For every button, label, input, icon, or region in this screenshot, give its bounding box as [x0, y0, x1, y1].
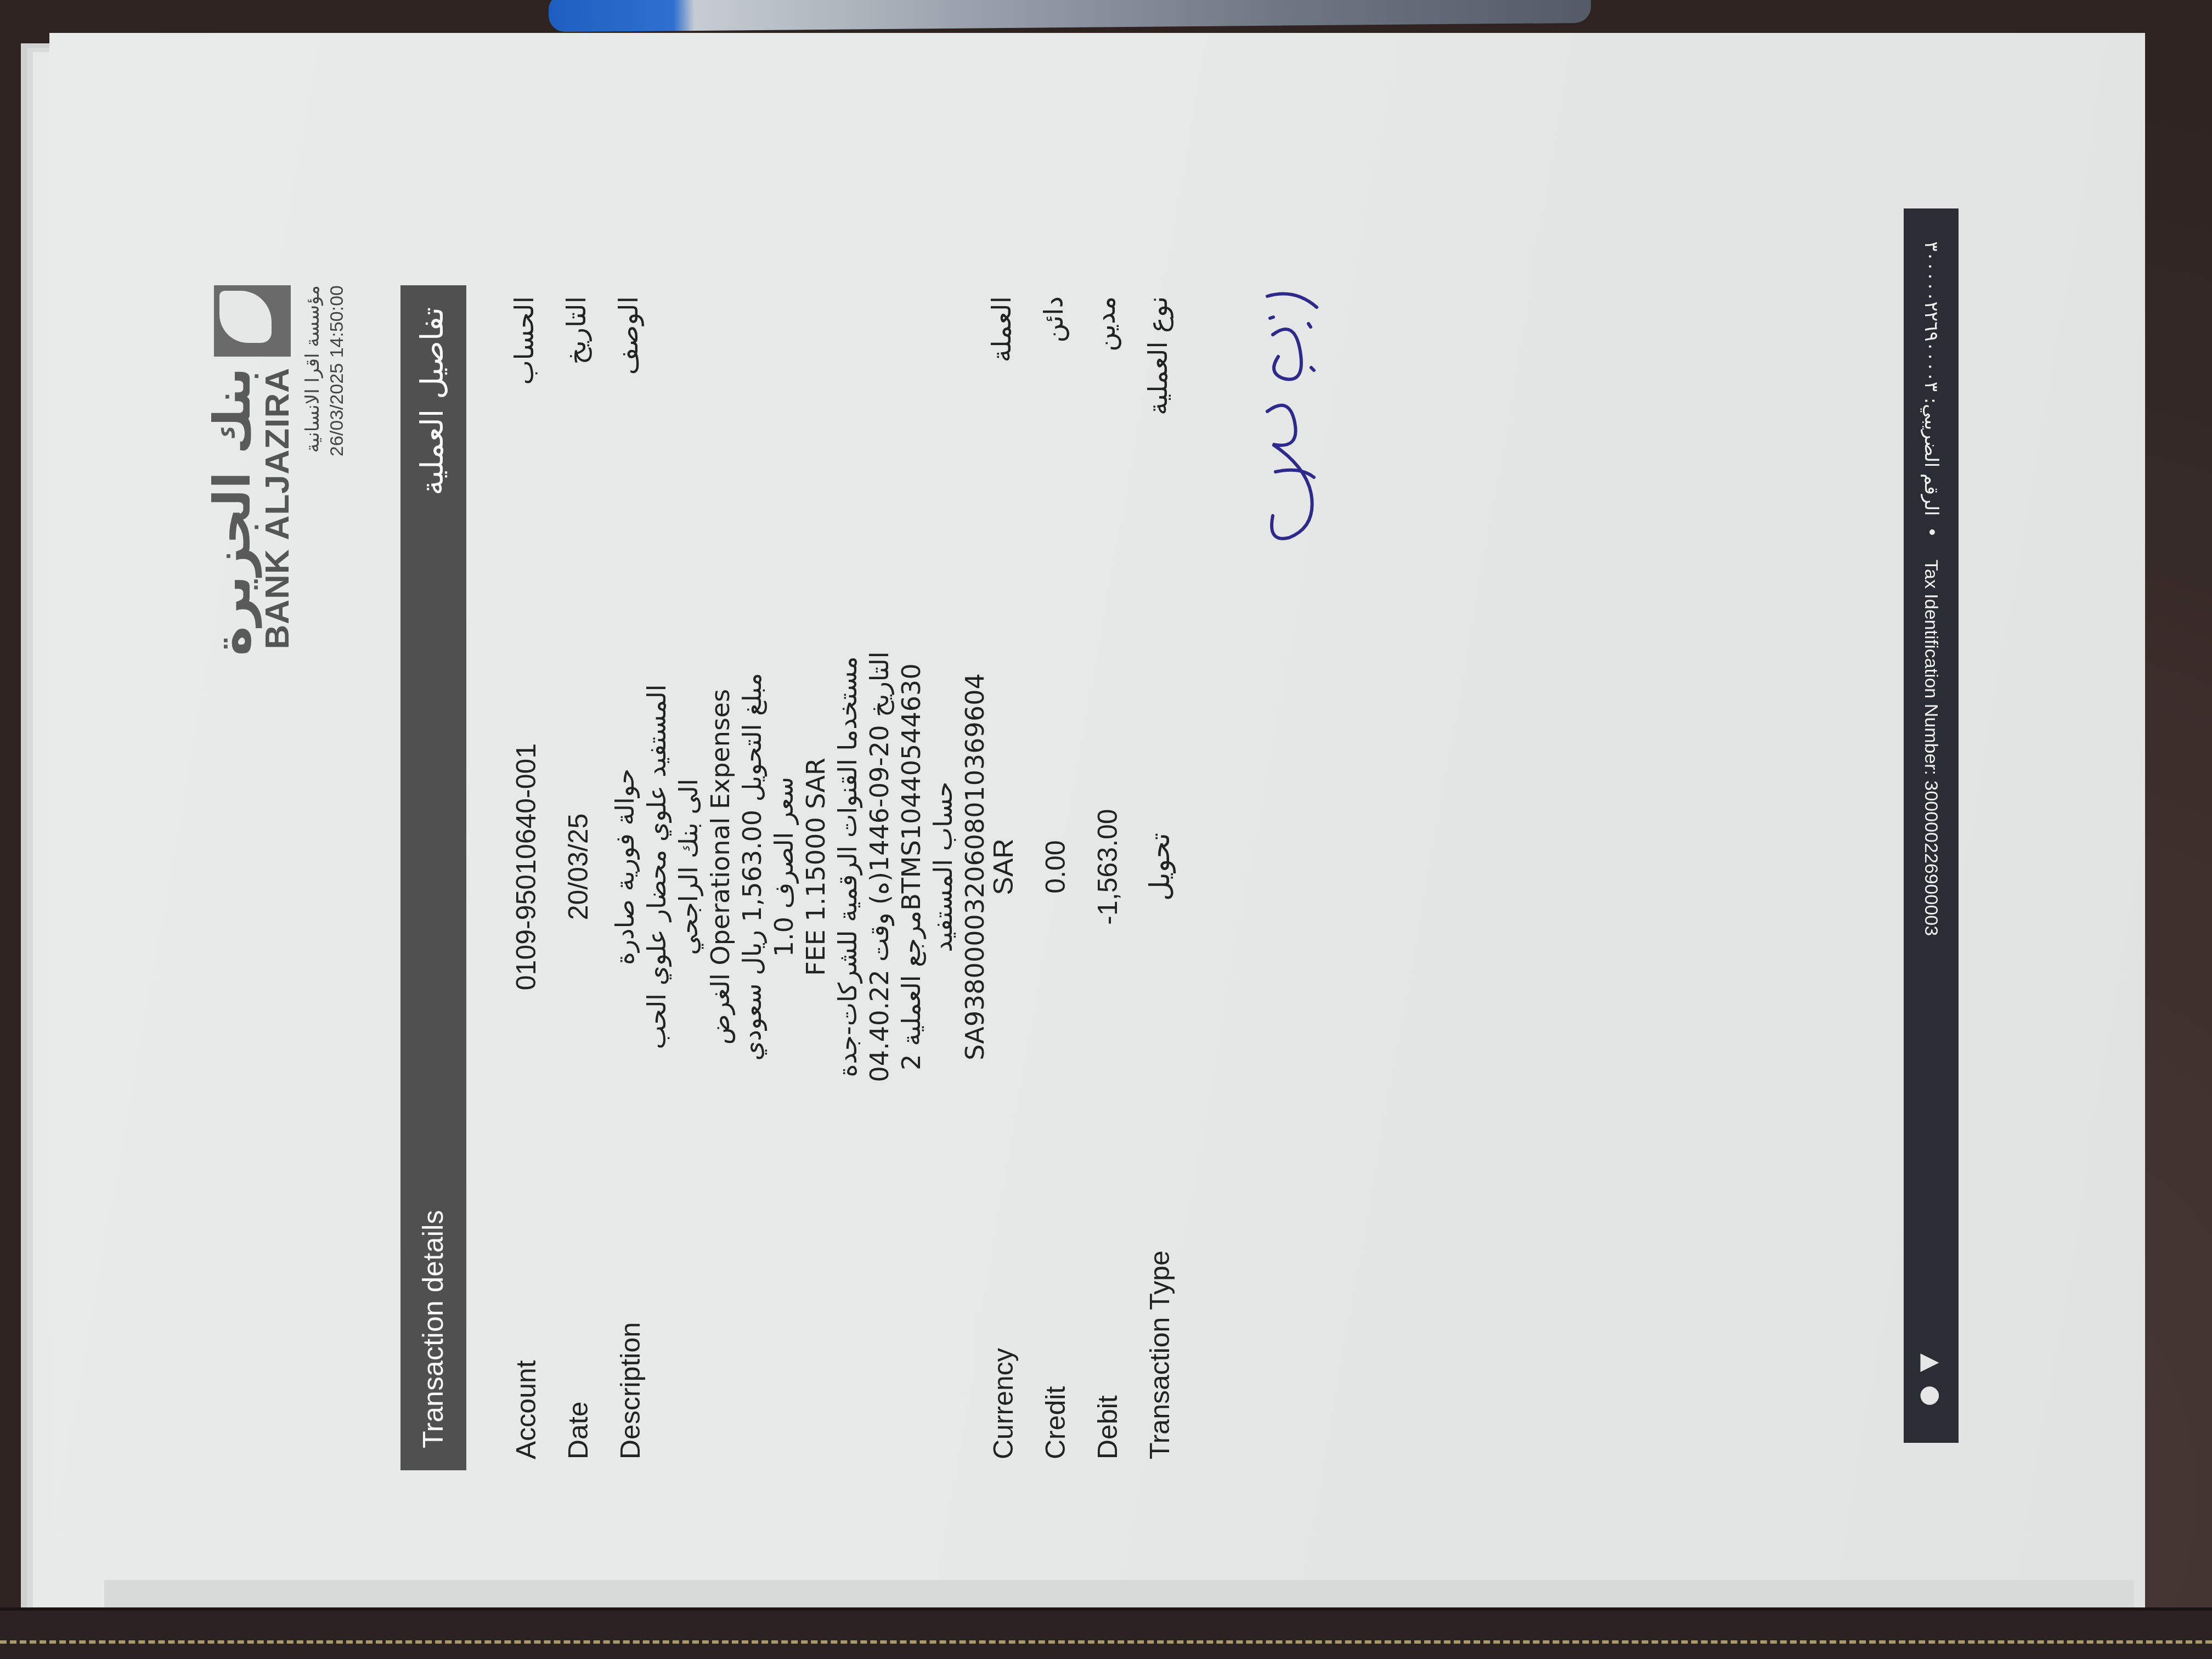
description-line: مستخدما القنوات الرقمية للشركات-جدة	[832, 592, 864, 1141]
footer-content: الرقم الضريبي: ٣٠٠٠٠٠٢٢٦٩٠٠٠٠٣ • Tax Ide…	[1904, 208, 1959, 1443]
description-value: حوالة فورية صادرة المستفيد علوي محضار عل…	[609, 592, 991, 1141]
date-label-en: Date	[562, 1401, 594, 1459]
tax-number-en: Tax Identification Number: 3000002269000…	[1904, 560, 1959, 936]
bank-logo-icon	[214, 285, 291, 357]
tax-number-ar: الرقم الضريبي: ٣٠٠٠٠٠٢٢٦٩٠٠٠٠٣	[1904, 241, 1959, 516]
description-line: المستفيد علوي محضار علوي الحب	[641, 592, 673, 1141]
debit-label-en: Debit	[1092, 1395, 1124, 1459]
printed-timestamp: 26/03/2025 14:50:00	[326, 285, 348, 456]
apple-icon[interactable]: ●	[1918, 1383, 1944, 1409]
account-label-ar: الحساب	[509, 296, 540, 385]
description-line: FEE 1.15000 SAR	[800, 592, 832, 1141]
credit-value: 0.00	[1040, 647, 1071, 1086]
currency-value: SAR	[988, 647, 1019, 1086]
description-line: مرجع العملية 2BTMS10440544630	[895, 592, 927, 1141]
description-line: التاريخ 20-09-1446(ه) وقت 04.40.22	[864, 592, 895, 1141]
bank-name-en: BANK ALJAZIRA	[258, 368, 297, 650]
description-line: مبلغ التحويل 1,563.00 ريال سعودي	[736, 592, 768, 1141]
footer-bar: الرقم الضريبي: ٣٠٠٠٠٠٢٢٦٩٠٠٠٠٣ • Tax Ide…	[1904, 208, 1959, 1443]
description-label-en: Description	[614, 1322, 646, 1459]
account-value: 0109-95010640-001	[510, 647, 542, 1086]
transaction-document: بنك الجزيرة BANK ALJAZIRA مؤسسة اقرا الا…	[351, 252, 1942, 1470]
currency-label-en: Currency	[988, 1348, 1019, 1459]
google-play-icon[interactable]: ▲	[1918, 1350, 1944, 1376]
folder-edge	[0, 1607, 2212, 1659]
stitching	[0, 1640, 2212, 1644]
organization-name: مؤسسة اقرا الانسانية	[302, 285, 324, 453]
description-line: الغرض Operational Expenses	[704, 592, 736, 1141]
date-value: 20/03/25	[562, 647, 594, 1086]
separator: •	[1904, 527, 1959, 538]
debit-value: -1,563.00	[1092, 647, 1124, 1086]
section-header: Transaction details تفاصيل العملية	[400, 285, 466, 1470]
description-line: الى بنك الراجحي	[673, 592, 704, 1141]
bank-brand: بنك الجزيرة BANK ALJAZIRA مؤسسة اقرا الا…	[214, 285, 357, 669]
description-label-ar: الوصف	[613, 296, 644, 375]
date-label-ar: التاريخ	[561, 296, 592, 365]
transaction-type-label-en: Transaction Type	[1144, 1250, 1176, 1459]
section-title-ar: تفاصيل العملية	[415, 307, 450, 495]
section-title-en: Transaction details	[417, 1210, 450, 1448]
description-line: سعر الصرف 1.0	[768, 592, 800, 1141]
currency-label-ar: العملة	[986, 296, 1017, 363]
account-label-en: Account	[510, 1360, 542, 1459]
description-line: SA9380000320608010369604	[959, 592, 991, 1141]
description-line: حوالة فورية صادرة	[609, 592, 641, 1141]
credit-label-ar: دائن	[1039, 296, 1069, 343]
debit-label-ar: مدين	[1091, 296, 1121, 352]
transaction-type-label-ar: نوع العملية	[1143, 296, 1173, 415]
credit-label-en: Credit	[1040, 1386, 1071, 1459]
handwritten-signature	[1262, 285, 1328, 560]
transaction-type-value: تحويل	[1144, 647, 1176, 1086]
bank-name-ar: بنك الجزيرة	[203, 368, 262, 656]
description-line: حساب المستفيد	[927, 592, 959, 1141]
